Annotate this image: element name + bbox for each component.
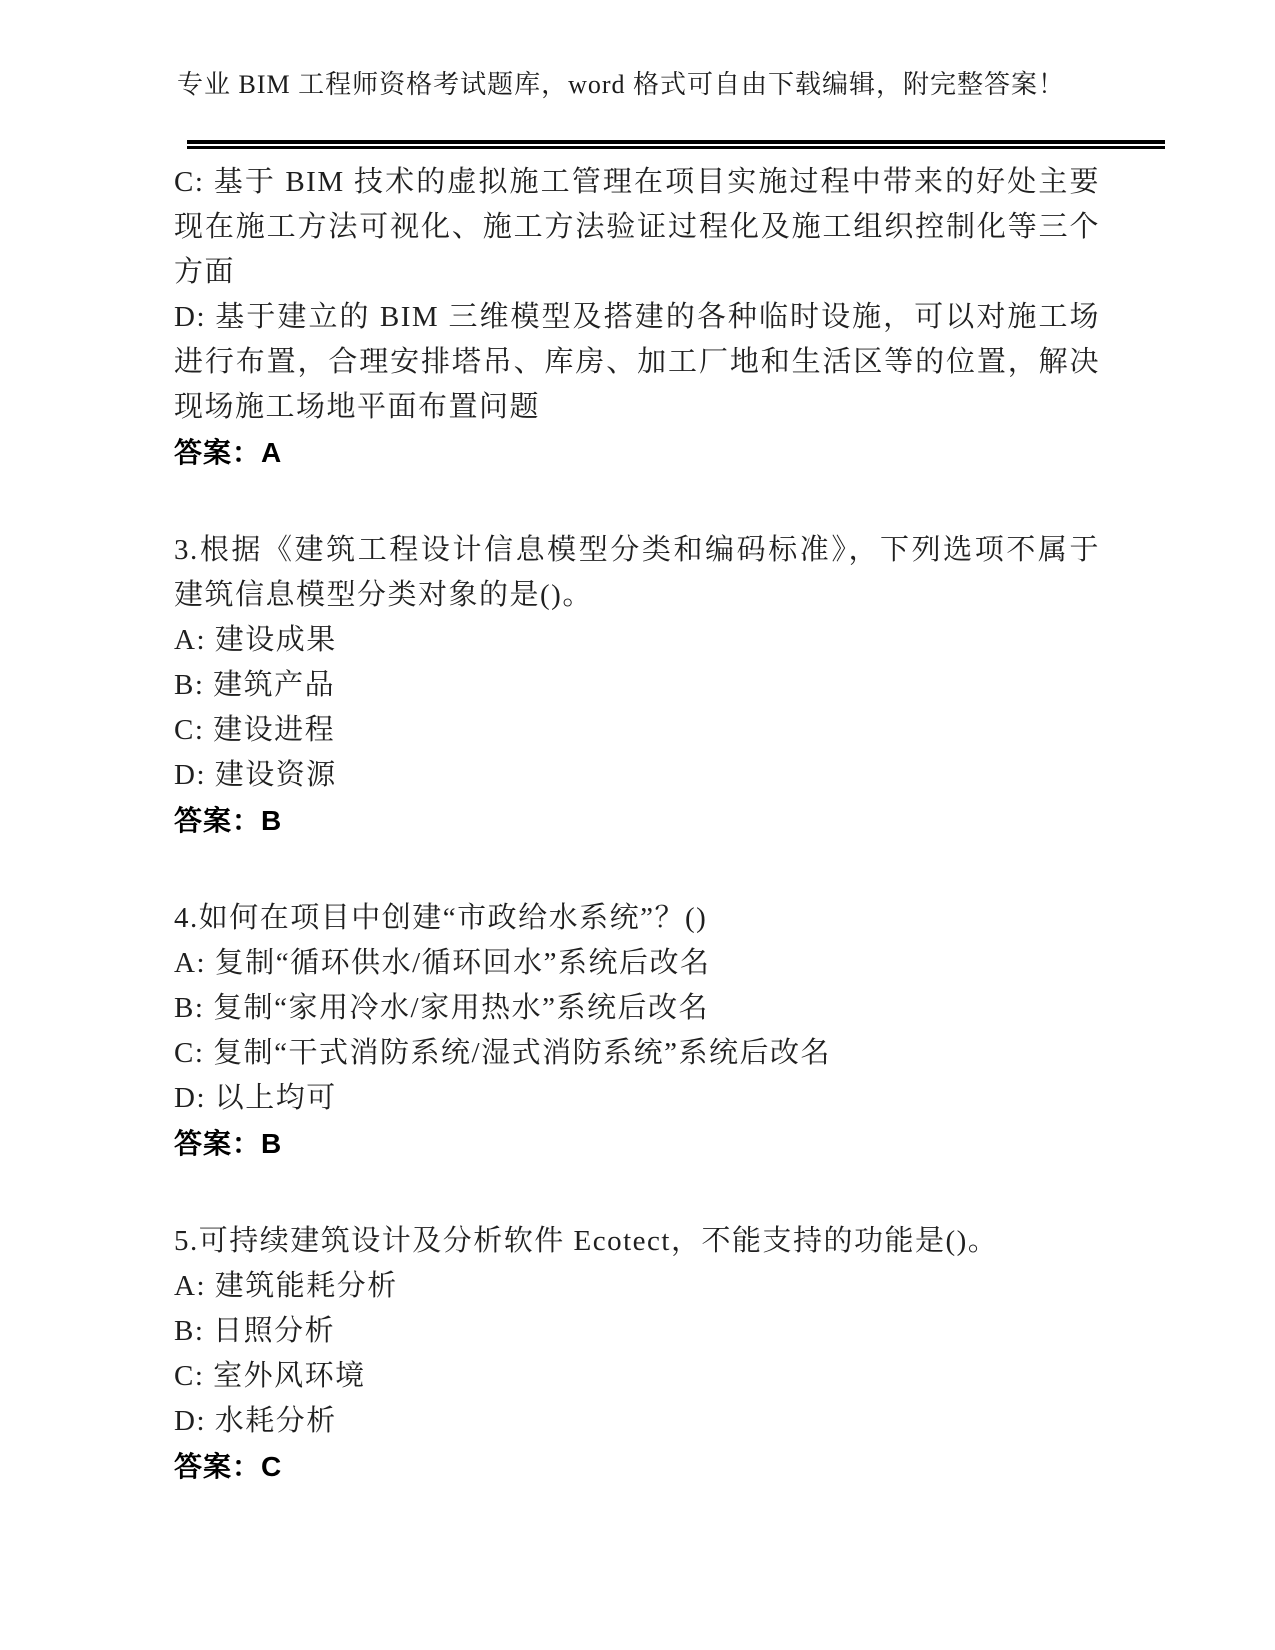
question-5-option: C: 室外风环境	[174, 1354, 1100, 1399]
answer-text-line: 答案：A	[174, 430, 1100, 475]
option-text-line: D: 水耗分析	[174, 1399, 1100, 1444]
header-divider	[187, 140, 1165, 149]
question-4-option: A: 复制“循环供水/循环回水”系统后改名	[174, 941, 1100, 986]
option-text-line: A: 复制“循环供水/循环回水”系统后改名	[174, 941, 1100, 986]
option-text-line: B: 复制“家用冷水/家用热水”系统后改名	[174, 986, 1100, 1031]
question-3-option: A: 建设成果	[174, 618, 1100, 663]
option-text-line: B: 日照分析	[174, 1309, 1100, 1354]
question-4: 4.如何在项目中创建“市政给水系统”？()A: 复制“循环供水/循环回水”系统后…	[174, 896, 1100, 1166]
question-4-question: 4.如何在项目中创建“市政给水系统”？()	[174, 896, 1100, 941]
option-text-line: C: 基于 BIM 技术的虚拟施工管理在项目实施过程中带来的好处主要体	[174, 160, 1100, 205]
divider-thin-line	[187, 146, 1165, 149]
question-text-line: 5.可持续建筑设计及分析软件 Ecotect，不能支持的功能是()。	[174, 1219, 1100, 1264]
option-text-line: 现场施工场地平面布置问题	[174, 385, 1100, 430]
question-2-options-continued-option: C: 基于 BIM 技术的虚拟施工管理在项目实施过程中带来的好处主要体现在施工方…	[174, 160, 1100, 295]
question-5: 5.可持续建筑设计及分析软件 Ecotect，不能支持的功能是()。A: 建筑能…	[174, 1219, 1100, 1489]
option-text-line: D: 基于建立的 BIM 三维模型及搭建的各种临时设施，可以对施工场地	[174, 295, 1100, 340]
answer-text-line: 答案：B	[174, 1121, 1100, 1166]
question-3-question: 3.根据《建筑工程设计信息模型分类和编码标准》，下列选项不属于建筑信息模型分类对…	[174, 528, 1100, 618]
question-4-option: C: 复制“干式消防系统/湿式消防系统”系统后改名	[174, 1031, 1100, 1076]
option-text-line: C: 建设进程	[174, 708, 1100, 753]
question-text-line: 4.如何在项目中创建“市政给水系统”？()	[174, 896, 1100, 941]
option-text-line: 方面	[174, 250, 1100, 295]
page-header-title: 专业 BIM 工程师资格考试题库，word 格式可自由下载编辑，附完整答案！	[177, 68, 1167, 102]
document-page: 专业 BIM 工程师资格考试题库，word 格式可自由下载编辑，附完整答案！ C…	[0, 0, 1275, 1650]
option-text-line: A: 建设成果	[174, 618, 1100, 663]
option-text-line: 现在施工方法可视化、施工方法验证过程化及施工组织控制化等三个	[174, 205, 1100, 250]
question-text-line: 3.根据《建筑工程设计信息模型分类和编码标准》，下列选项不属于	[174, 528, 1100, 573]
question-5-question: 5.可持续建筑设计及分析软件 Ecotect，不能支持的功能是()。	[174, 1219, 1100, 1264]
option-text-line: C: 复制“干式消防系统/湿式消防系统”系统后改名	[174, 1031, 1100, 1076]
question-text-line: 建筑信息模型分类对象的是()。	[174, 573, 1100, 618]
answer-text-line: 答案：B	[174, 798, 1100, 843]
option-text-line: 进行布置，合理安排塔吊、库房、加工厂地和生活区等的位置，解决	[174, 340, 1100, 385]
question-2-options-continued-option: D: 基于建立的 BIM 三维模型及搭建的各种临时设施，可以对施工场地进行布置，…	[174, 295, 1100, 430]
question-4-answer: 答案：B	[174, 1121, 1100, 1166]
question-4-option: B: 复制“家用冷水/家用热水”系统后改名	[174, 986, 1100, 1031]
question-5-option: B: 日照分析	[174, 1309, 1100, 1354]
option-text-line: B: 建筑产品	[174, 663, 1100, 708]
question-5-option: D: 水耗分析	[174, 1399, 1100, 1444]
question-3: 3.根据《建筑工程设计信息模型分类和编码标准》，下列选项不属于建筑信息模型分类对…	[174, 528, 1100, 843]
answer-text-line: 答案：C	[174, 1444, 1100, 1489]
option-text-line: D: 建设资源	[174, 753, 1100, 798]
option-text-line: C: 室外风环境	[174, 1354, 1100, 1399]
option-text-line: A: 建筑能耗分析	[174, 1264, 1100, 1309]
question-2-options-continued: C: 基于 BIM 技术的虚拟施工管理在项目实施过程中带来的好处主要体现在施工方…	[174, 160, 1100, 475]
question-3-option: B: 建筑产品	[174, 663, 1100, 708]
document-body: C: 基于 BIM 技术的虚拟施工管理在项目实施过程中带来的好处主要体现在施工方…	[174, 160, 1100, 1489]
question-2-options-continued-answer: 答案：A	[174, 430, 1100, 475]
question-3-option: D: 建设资源	[174, 753, 1100, 798]
question-5-option: A: 建筑能耗分析	[174, 1264, 1100, 1309]
question-5-answer: 答案：C	[174, 1444, 1100, 1489]
question-3-option: C: 建设进程	[174, 708, 1100, 753]
option-text-line: D: 以上均可	[174, 1076, 1100, 1121]
question-4-option: D: 以上均可	[174, 1076, 1100, 1121]
question-3-answer: 答案：B	[174, 798, 1100, 843]
